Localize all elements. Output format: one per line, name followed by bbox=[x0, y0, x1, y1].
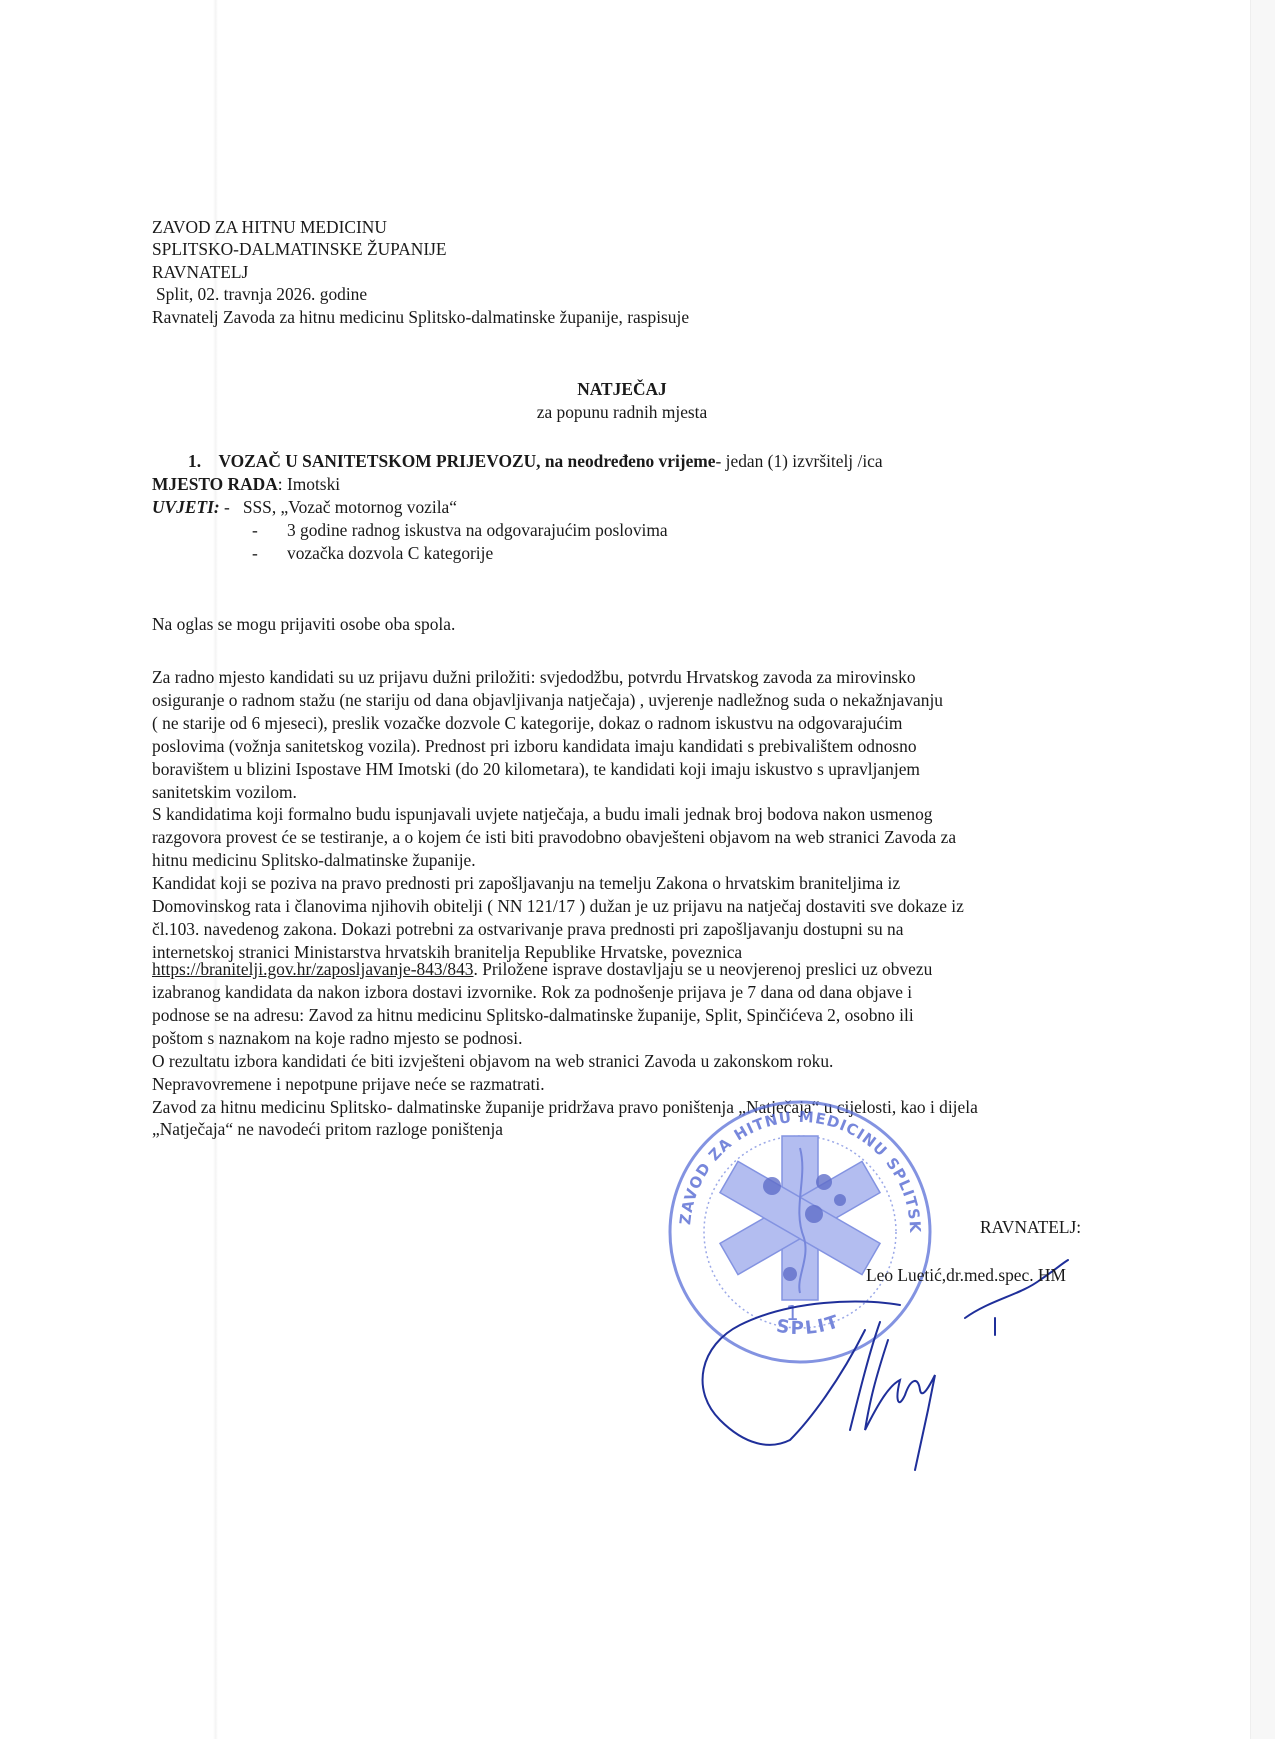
svg-text:ZAVOD ZA HITNU MEDICINU SPLITS: ZAVOD ZA HITNU MEDICINU SPLITSKO-DALMATI… bbox=[0, 0, 924, 1234]
signatory-title: RAVNATELJ: bbox=[980, 1216, 1081, 1238]
official-stamp: ZAVOD ZA HITNU MEDICINU SPLITSKO-DALMATI… bbox=[0, 0, 930, 1362]
document-page: ZAVOD ZA HITNU MEDICINU SPLITSKO-DALMATI… bbox=[0, 0, 1275, 1739]
stamp-text-top: ZAVOD ZA HITNU MEDICINU SPLITSKO-DALMATI… bbox=[0, 0, 924, 1234]
stamp-signature-overlay: ZAVOD ZA HITNU MEDICINU SPLITSKO-DALMATI… bbox=[0, 0, 1275, 1739]
star-of-life-icon bbox=[720, 1136, 880, 1300]
stamp-number: 1 bbox=[786, 1301, 799, 1325]
handwritten-signature bbox=[703, 1260, 1068, 1470]
signatory-name: Leo Luetić,dr.med.spec. HM bbox=[866, 1264, 1066, 1286]
